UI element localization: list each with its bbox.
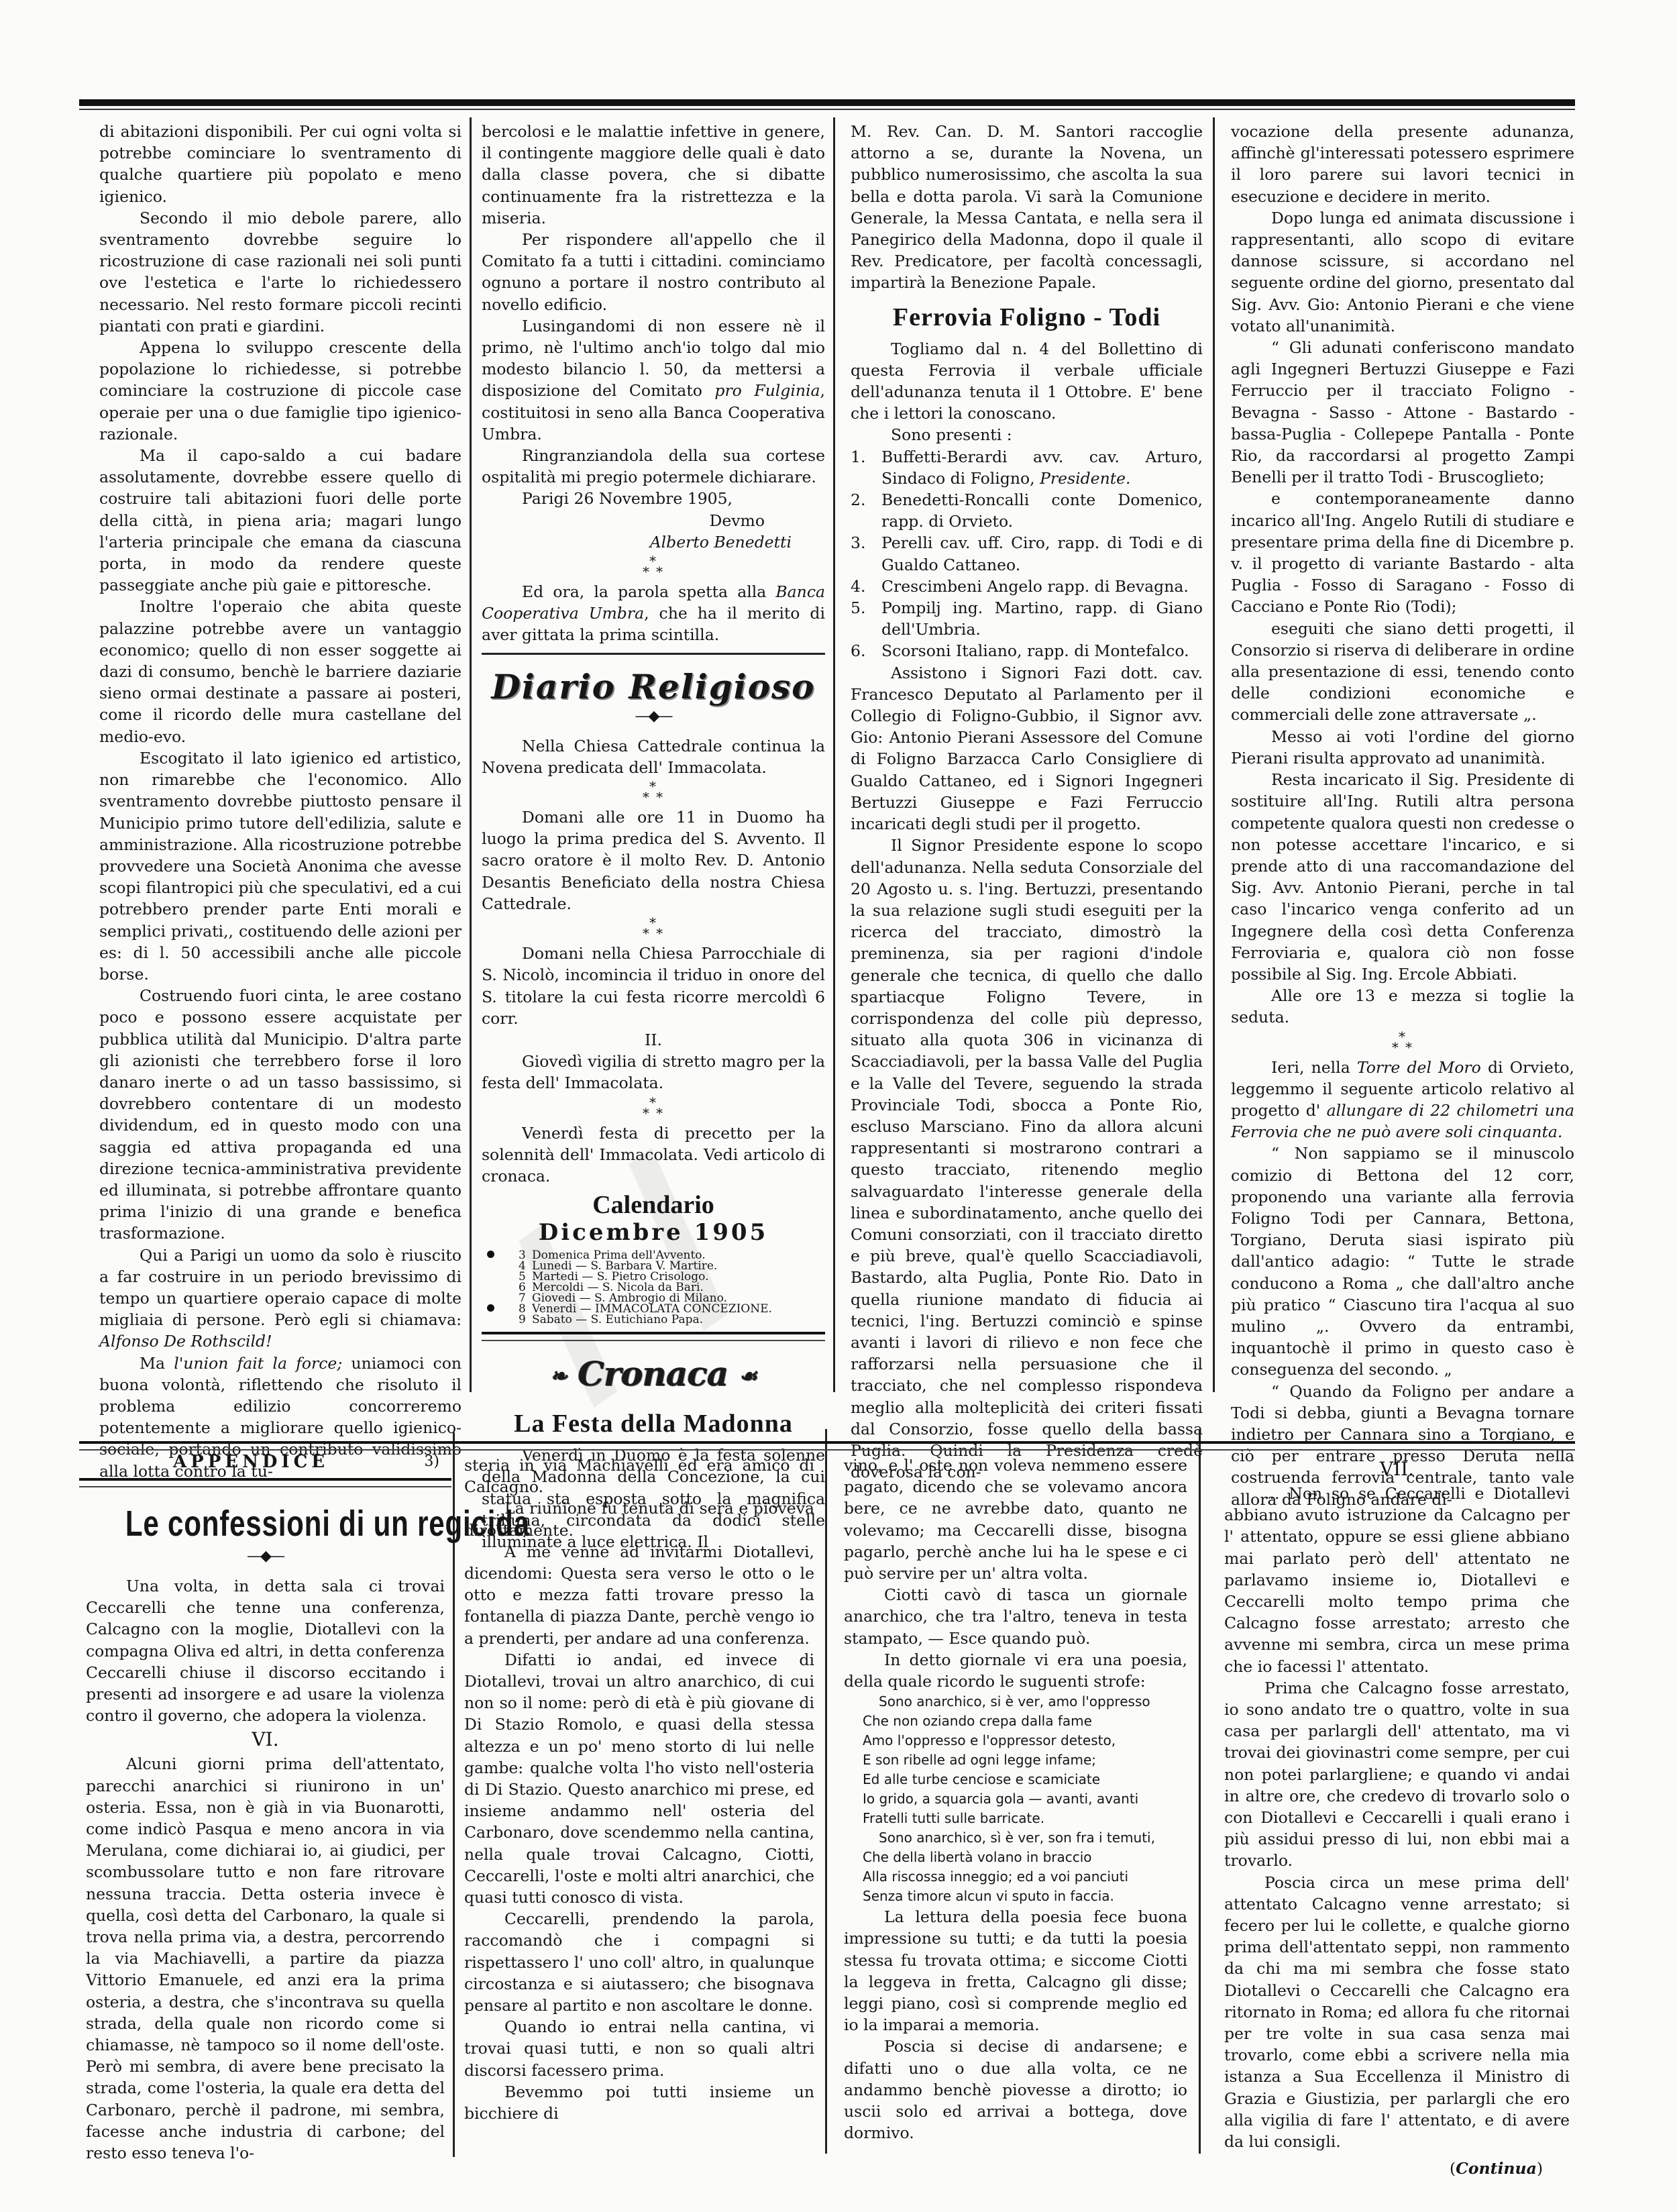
signature: Alberto Benedetti	[482, 531, 825, 553]
regicida-title: Le confessioni di un regicida	[125, 1502, 405, 1546]
signoff: Devmo	[482, 510, 825, 531]
column-rule-2	[833, 117, 835, 1392]
paragraph: bercolosi e le malattie infettive in gen…	[482, 121, 825, 229]
asterism-divider: ** *	[482, 1097, 825, 1118]
attendee-item: 1.Buffetti-Berardi avv. cav. Arturo, Sin…	[851, 446, 1203, 489]
paragraph: Sono presenti :	[851, 424, 1203, 445]
attendee-item: 3.Perelli cav. uff. Ciro, rapp. di Todi …	[851, 532, 1203, 575]
asterism-divider: ** *	[482, 917, 825, 939]
paragraph: Poscia circa un mese prima dell' attenta…	[1224, 1872, 1570, 2153]
appendix-col3: vino, e l' oste non voleva nemmeno esser…	[844, 1455, 1187, 2144]
paragraph: Ma il capo-saldo a cui badare assolutame…	[99, 445, 462, 596]
paragraph: e contemporaneamente danno incarico all'…	[1231, 488, 1574, 617]
asterism-divider: ** *	[482, 781, 825, 802]
paragraph: Secondo il mio debole parere, allo svent…	[99, 207, 462, 337]
newspaper-page: / / di abitazioni disponibili. Per cui o…	[0, 0, 1677, 2212]
paragraph: Quando io entrai nella cantina, vi trova…	[464, 2016, 814, 2081]
section-rule-double	[482, 1332, 825, 1341]
calendar-list: 3Domenica Prima dell'Avvento. 4Lunedi — …	[482, 1250, 825, 1325]
paragraph: Nella Chiesa Cattedrale continua la Nove…	[482, 735, 825, 778]
paragraph: Domani alle ore 11 in Duomo ha luogo la …	[482, 806, 825, 914]
paragraph: La lettura della poesia fece buona impre…	[844, 1906, 1187, 2036]
appendix-header-bar: APPENDICE 3)	[79, 1449, 451, 1476]
diario-religioso-heading: Diario Religioso	[482, 666, 825, 708]
top-rule-thin	[79, 109, 1575, 110]
paragraph: Bevemmo poi tutti insieme un bicchiere d…	[464, 2081, 814, 2124]
paragraph: Alcuni giorni prima dell'attentato, pare…	[86, 1753, 445, 2164]
paragraph: Ed ora, la parola spetta alla Banca Coop…	[482, 581, 825, 646]
poem-stanza-1: Sono anarchico, si è ver, amo l'oppresso…	[844, 1692, 1187, 1828]
calendario-heading: Calendario	[482, 1191, 825, 1219]
article-col2: bercolosi e le malattie infettive in gen…	[482, 121, 825, 1552]
column-rule-4	[825, 1429, 827, 2154]
paragraph: Poscia si decise di andarsene; e difatti…	[844, 2036, 1187, 2144]
paragraph: Resta incaricato il Sig. Presidente di s…	[1231, 769, 1574, 985]
ornament-icon: —◆—	[86, 1548, 445, 1565]
paragraph: vocazione della presente adunanza, affin…	[1231, 121, 1574, 207]
column-rule-5	[1199, 1429, 1201, 2154]
appendix-header-rule	[79, 1478, 451, 1487]
ornament-icon: —◆—	[482, 708, 825, 725]
paragraph: Domani nella Chiesa Parrocchiale di S. N…	[482, 943, 825, 1029]
paragraph: Togliamo dal n. 4 del Bollettino di ques…	[851, 338, 1203, 425]
paragraph: Ringranziandola della sua cortese ospita…	[482, 445, 825, 488]
article-col3: M. Rev. Can. D. M. Santori raccoglie att…	[851, 121, 1203, 1483]
roman-numeral: II.	[482, 1029, 825, 1051]
paragraph: Il Signor Presidente espone lo scopo del…	[851, 835, 1203, 1483]
feast-dot-icon	[487, 1304, 494, 1312]
paragraph: di abitazioni disponibili. Per cui ogni …	[99, 121, 462, 207]
paragraph: Inoltre l'operaio che abita queste palaz…	[99, 596, 462, 747]
paragraph: eseguiti che siano detti progetti, il Co…	[1231, 618, 1574, 726]
paragraph: Giovedì vigilia di stretto magro per la …	[482, 1051, 825, 1094]
top-rule	[79, 99, 1575, 106]
paragraph: Dopo lunga ed animata discussione i rapp…	[1231, 207, 1574, 337]
paragraph: “ Gli adunati conferiscono mandato agli …	[1231, 337, 1574, 488]
paragraph: vino, e l' oste non voleva nemmeno esser…	[844, 1455, 1187, 1584]
paragraph: Messo ai voti l'ordine del giorno Pieran…	[1231, 726, 1574, 769]
paragraph: Venerdì festa di precetto per la solenni…	[482, 1122, 825, 1188]
paragraph: Prima che Calcagno fosse arrestato, io s…	[1224, 1677, 1570, 1872]
paragraph: Alle ore 13 e mezza si toglie la seduta.	[1231, 985, 1574, 1028]
paragraph: Ceccarelli, prendendo la parola, raccoma…	[464, 1908, 814, 2016]
appendix-label: APPENDICE	[173, 1452, 329, 1472]
chapter-number: VI.	[86, 1726, 445, 1753]
paragraph: “ Non sappiamo se il minuscolo comizio d…	[1231, 1143, 1574, 1380]
asterism-divider: ** *	[1231, 1031, 1574, 1053]
article-col4: vocazione della presente adunanza, affin…	[1231, 121, 1574, 1510]
installment-number: 3)	[424, 1453, 439, 1470]
attendee-item: 6.Scorsoni Italiano, rapp. di Montefalco…	[851, 640, 1203, 662]
column-rule-1	[470, 117, 472, 1392]
festa-madonna-heading: La Festa della Madonna	[482, 1407, 825, 1440]
attendee-item: 2.Benedetti-Roncalli conte Domenico, rap…	[851, 489, 1203, 532]
feast-dot-icon	[487, 1251, 494, 1258]
appendix-col2: steria in via Machiavelli ed era amico d…	[464, 1455, 814, 2124]
paragraph: Per rispondere all'appello che il Comita…	[482, 229, 825, 315]
asterism-divider: ** *	[482, 556, 825, 577]
appendix-col4: VII. ... Non so se Ceccarelli e Diotalle…	[1224, 1456, 1570, 2180]
calendario-month: Dicembre 1905	[482, 1219, 825, 1246]
paragraph: A me venne ad invitarmi Diotallevi, dice…	[464, 1541, 814, 1649]
paragraph: steria in via Machiavelli ed era amico d…	[464, 1455, 814, 1497]
paragraph: La riunione fu tenuta di sera e pioveva …	[464, 1497, 814, 1540]
article-housing-col1: di abitazioni disponibili. Per cui ogni …	[99, 121, 462, 1482]
paragraph: M. Rev. Can. D. M. Santori raccoglie att…	[851, 121, 1203, 294]
paragraph: Ieri, nella Torre del Moro di Orvieto, l…	[1231, 1057, 1574, 1143]
poem-stanza-2: Sono anarchico, sì è ver, son fra i temu…	[844, 1828, 1187, 1906]
leaf-ornament-icon: ☙	[739, 1365, 757, 1388]
calendar-row: 9Sabato — S. Eutichiano Papa.	[482, 1314, 825, 1325]
section-rule	[482, 653, 825, 655]
appendix-col1: Le confessioni di un regicida —◆— Una vo…	[86, 1489, 445, 2164]
attendee-item: 5.Pompilj ing. Martino, rapp. di Giano d…	[851, 597, 1203, 640]
ferrovia-heading: Ferrovia Foligno - Todi	[851, 301, 1203, 334]
paragraph: Difatti io andai, ed invece di Diotallev…	[464, 1649, 814, 1908]
paragraph: Una volta, in detta sala ci trovai Cecca…	[86, 1575, 445, 1726]
paragraph: Ciotti cavò di tasca un giornale anarchi…	[844, 1584, 1187, 1649]
paragraph: In detto giornale vi era una poesia, del…	[844, 1649, 1187, 1692]
attendee-item: 4.Crescimbeni Angelo rapp. di Bevagna.	[851, 576, 1203, 597]
dateline: Parigi 26 Novembre 1905,	[482, 488, 825, 509]
paragraph: Appena lo sviluppo crescente della popol…	[99, 337, 462, 445]
paragraph: Lusingandomi di non essere nè il primo, …	[482, 315, 825, 445]
chapter-number: VII.	[1224, 1456, 1570, 1483]
paragraph: Costruendo fuori cinta, le aree costano …	[99, 985, 462, 1244]
paragraph: Qui a Parigi un uomo da solo è riuscito …	[99, 1245, 462, 1353]
column-rule-3	[1213, 117, 1215, 1392]
cronaca-masthead: ❧ Cronaca ☙	[482, 1351, 825, 1400]
paragraph: Escogitato il lato igienico ed artistico…	[99, 747, 462, 985]
paragraph: Assistono i Signori Fazi dott. cav. Fran…	[851, 662, 1203, 835]
continua-note: (Continua)	[1224, 2158, 1570, 2179]
leaf-ornament-icon: ❧	[551, 1365, 567, 1388]
paragraph: ... Non so se Ceccarelli e Diotallevi ab…	[1224, 1483, 1570, 1677]
